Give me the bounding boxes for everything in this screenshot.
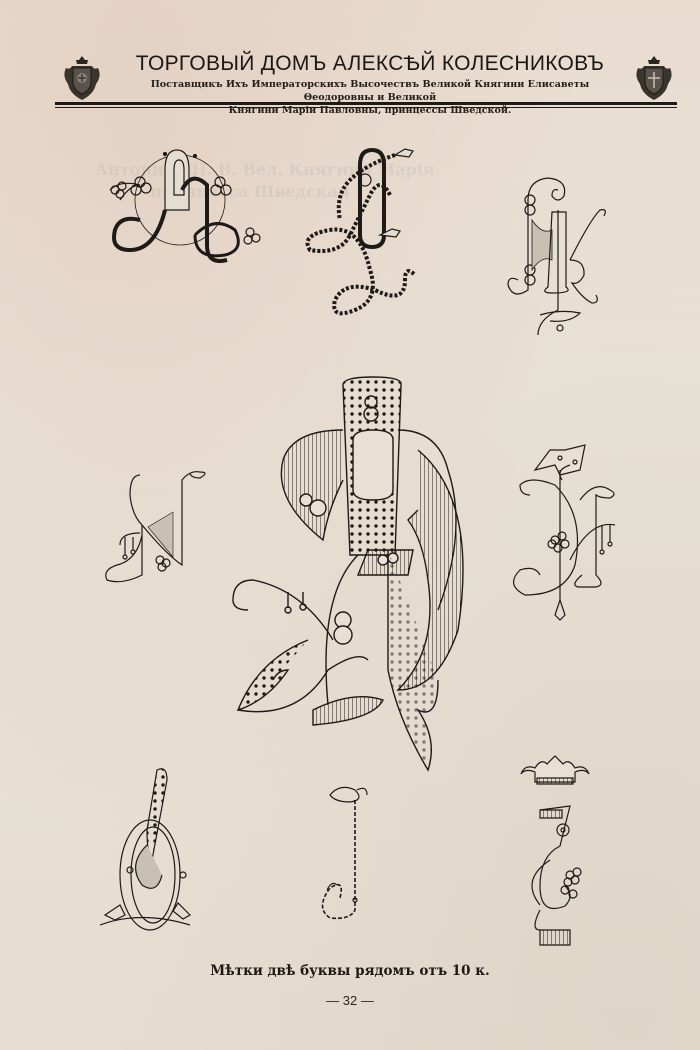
book-page: Антонина Н. В. Вел. Княгиня Марія принце… <box>0 0 700 1050</box>
header-rule-thick <box>55 102 677 105</box>
page-header: ТОРГОВЫЙ ДОМЪ АЛЕКСѢЙ КОЛЕСНИКОВЪ Постав… <box>55 48 675 108</box>
monogram-top-right <box>500 170 610 335</box>
monogram-middle-left <box>100 465 210 585</box>
monogram-bottom-center <box>315 780 375 925</box>
monogram-top-center <box>305 135 445 315</box>
subtitle-line-1: Поставщикъ Ихъ Императорскихъ Высочествъ… <box>115 78 625 104</box>
company-title: ТОРГОВЫЙ ДОМЪ АЛЕКСѢЙ КОЛЕСНИКОВЪ <box>115 52 625 76</box>
page-number: — 32 — <box>0 993 700 1008</box>
monogram-bottom-left <box>95 765 200 930</box>
subtitle-line-2: Княгини Маріи Павловны, принцессы Шведск… <box>115 104 625 117</box>
supplier-subtitle: Поставщикъ Ихъ Императорскихъ Высочествъ… <box>115 78 625 117</box>
price-caption: Мѣтки двѣ буквы рядомъ отъ 10 к. <box>0 963 700 979</box>
monogram-bottom-right <box>515 750 595 955</box>
monogram-middle-right <box>510 440 620 620</box>
coat-of-arms-icon <box>633 54 675 102</box>
monogram-top-left <box>100 140 260 290</box>
monogram-center <box>228 370 473 775</box>
coat-of-arms-icon <box>61 54 103 102</box>
header-rule-thin <box>55 107 677 108</box>
